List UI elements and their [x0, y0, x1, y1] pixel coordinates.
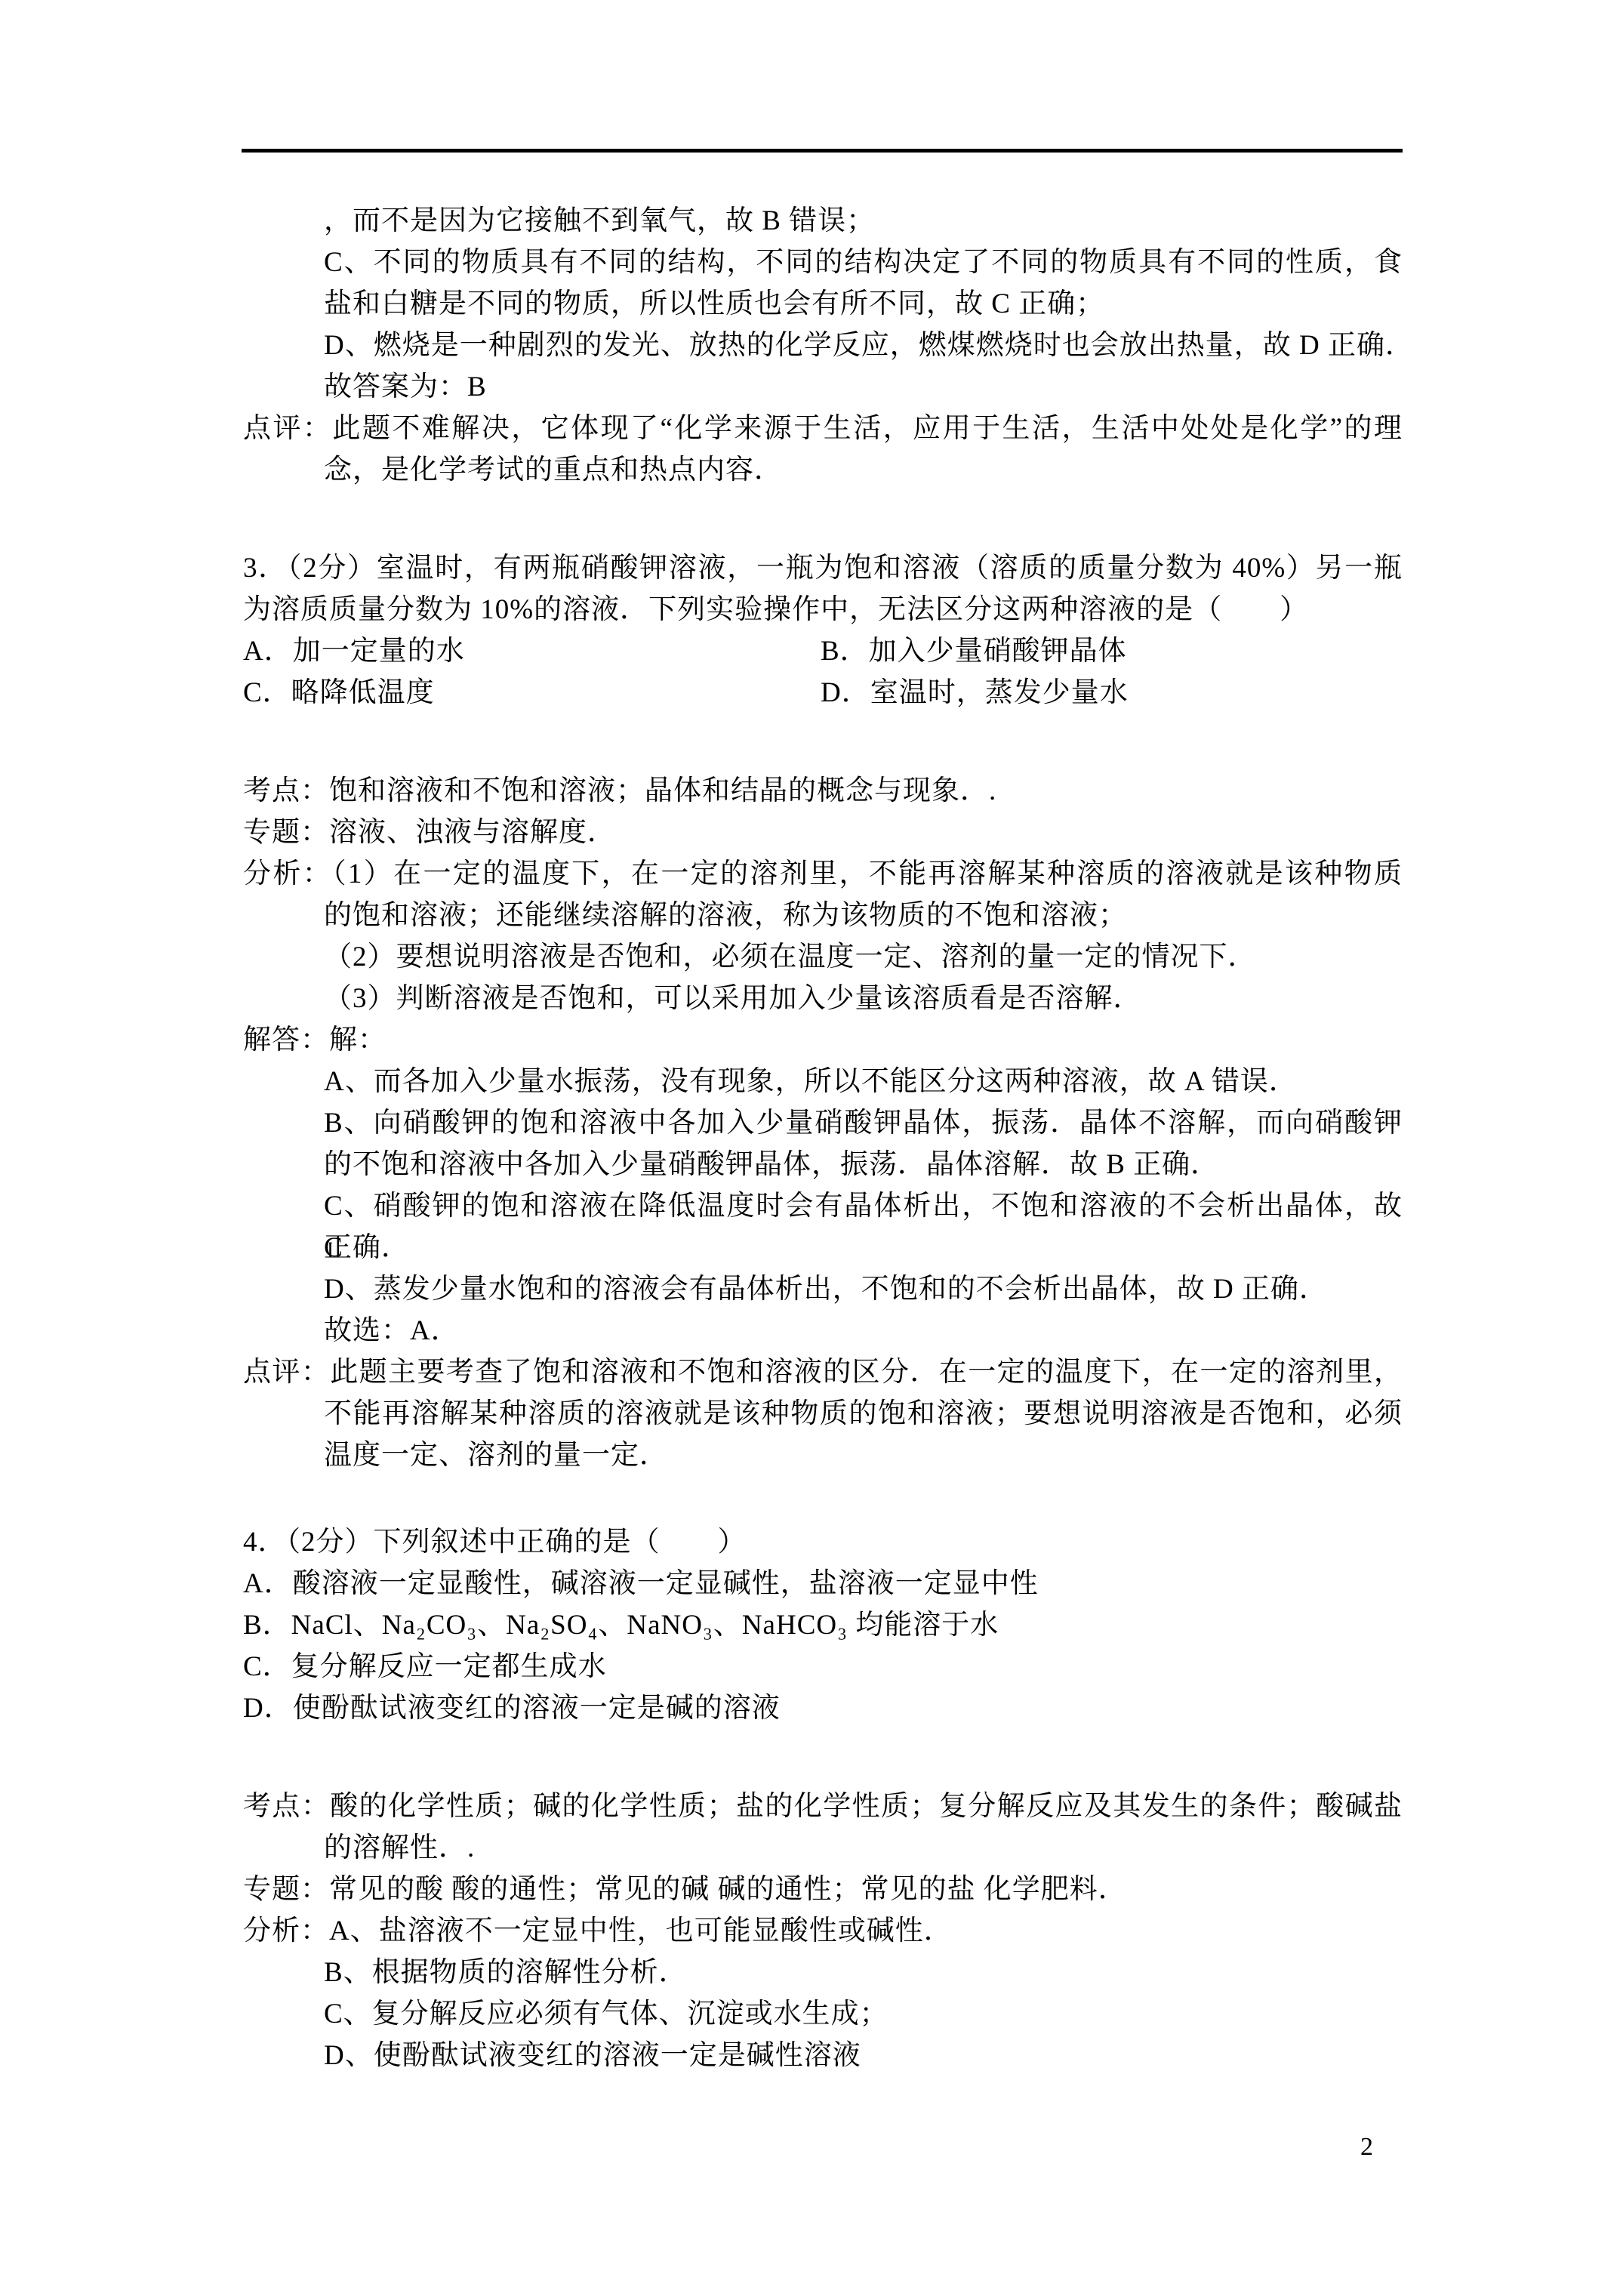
- q2-comment-line: 点评：此题不难解决，它体现了“化学来源于生活，应用于生活，生活中处处是化学”的理: [243, 408, 1403, 449]
- q3-jieda-line: 的不饱和溶液中各加入少量硝酸钾晶体，振荡．晶体溶解．故 B 正确．: [324, 1144, 1403, 1185]
- q4-option-c: C．复分解反应一定都生成水: [243, 1646, 1403, 1687]
- jieda-text: 解：: [329, 1025, 387, 1056]
- q2-answer-conclusion: 故答案为：B: [324, 366, 1403, 408]
- fenxi-label: 分析：: [243, 858, 332, 889]
- q2-comment-line: 念，是化学考试的重点和热点内容．: [324, 449, 1403, 491]
- q3-option-c: C．略降低温度: [243, 677, 435, 708]
- q3-jieda-line: C、硝酸钾的饱和溶液在降低温度时会有晶体析出，不饱和溶液的不会析出晶体，故 C: [324, 1185, 1403, 1227]
- dianping-text: 此题主要考查了饱和溶液和不饱和溶液的区分．在一定的温度下，在一定的溶剂里，: [330, 1357, 1403, 1388]
- q4-fenxi-line: C、复分解反应必须有气体、沉淀或水生成；: [324, 1993, 1403, 2035]
- header-rule: [242, 149, 1403, 153]
- q2-answer-line: ，而不是因为它接触不到氧气，故 B 错误；: [324, 200, 1403, 242]
- q3-option-row: A．加一定量的水 B．加入少量硝酸钾晶体: [243, 630, 1403, 672]
- kaodian-text: 酸的化学性质；碱的化学性质；盐的化学性质；复分解反应及其发生的条件；酸碱盐: [330, 1791, 1403, 1822]
- q3-jieda-conclusion: 故选：A．: [324, 1310, 1403, 1351]
- zhuanti-label: 专题：: [243, 817, 329, 848]
- kaodian-text: 饱和溶液和不饱和溶液；晶体和结晶的概念与现象．.: [329, 775, 996, 806]
- zhuanti-text: 溶液、浊液与溶解度．: [329, 817, 616, 848]
- q3-jieda-line: B、向硝酸钾的饱和溶液中各加入少量硝酸钾晶体，振荡．晶体不溶解，而向硝酸钾: [324, 1102, 1403, 1144]
- fenxi-text: A、盐溶液不一定显中性，也可能显酸性或碱性．: [329, 1915, 953, 1946]
- q3-stem-line: 3．（2分）室温时，有两瓶硝酸钾溶液，一瓶为饱和溶液（溶质的质量分数为 40%）…: [243, 547, 1403, 589]
- q3-fenxi-line: 分析：（1）在一定的温度下，在一定的溶剂里，不能再溶解某种溶质的溶液就是该种物质: [243, 853, 1403, 895]
- q3-jieda-line: 解答：解：: [243, 1019, 1403, 1061]
- q3-dianping-line: 点评：此题主要考查了饱和溶液和不饱和溶液的区分．在一定的温度下，在一定的溶剂里，: [243, 1351, 1403, 1393]
- q4-fenxi-line: 分析：A、盐溶液不一定显中性，也可能显酸性或碱性．: [243, 1910, 1403, 1952]
- q3-option-b: B．加入少量硝酸钾晶体: [821, 630, 1127, 672]
- q3-fenxi-line: （2）要想说明溶液是否饱和，必须在温度一定、溶剂的量一定的情况下．: [324, 936, 1403, 978]
- q3-fenxi-line: （3）判断溶液是否饱和，可以采用加入少量该溶质看是否溶解．: [324, 978, 1403, 1019]
- zhuanti-label: 专题：: [243, 1874, 329, 1905]
- q4-kaodian-line: 的溶解性．.: [324, 1827, 1403, 1869]
- q3-dianping-line: 不能再溶解某种溶质的溶液就是该种物质的饱和溶液；要想说明溶液是否饱和，必须: [324, 1393, 1403, 1435]
- jieda-label: 解答：: [243, 1025, 329, 1056]
- q4-option-b: B．NaCl、Na₂CO₃、Na₂SO₄、NaNO₃、NaHCO₃ 均能溶于水: [243, 1604, 1403, 1646]
- kaodian-label: 考点：: [243, 1791, 330, 1822]
- q4-fenxi-line: D、使酚酞试液变红的溶液一定是碱性溶液: [324, 2035, 1403, 2076]
- q3-option-a: A．加一定量的水: [243, 636, 465, 667]
- q3-jieda-line: 正确．: [324, 1227, 1403, 1268]
- q4-fenxi-line: B、根据物质的溶解性分析．: [324, 1952, 1403, 1993]
- q4-zhuanti-line: 专题：常见的酸 酸的通性；常见的碱 碱的通性；常见的盐 化学肥料．: [243, 1869, 1403, 1910]
- q3-fenxi-line: 的饱和溶液；还能继续溶解的溶液，称为该物质的不饱和溶液；: [324, 895, 1403, 936]
- q4-kaodian-line: 考点：酸的化学性质；碱的化学性质；盐的化学性质；复分解反应及其发生的条件；酸碱盐: [243, 1786, 1403, 1827]
- kaodian-label: 考点：: [243, 775, 329, 806]
- q3-option-row: C．略降低温度 D．室温时，蒸发少量水: [243, 672, 1403, 713]
- q3-zhuanti-line: 专题：溶液、浊液与溶解度．: [243, 812, 1403, 853]
- q2-answer-line: 盐和白糖是不同的物质，所以性质也会有所不同，故 C 正确；: [324, 283, 1403, 325]
- q3-kaodian-line: 考点：饱和溶液和不饱和溶液；晶体和结晶的概念与现象．.: [243, 770, 1403, 812]
- document-content: ，而不是因为它接触不到氧气，故 B 错误； C、不同的物质具有不同的结构，不同的…: [243, 200, 1403, 2076]
- q3-jieda-line: A、而各加入少量水振荡，没有现象，所以不能区分这两种溶液，故 A 错误．: [324, 1061, 1403, 1102]
- dianping-label: 点评：: [243, 1357, 330, 1388]
- q3-stem-line: 为溶质质量分数为 10%的溶液．下列实验操作中，无法区分这两种溶液的是（ ）: [243, 589, 1403, 630]
- fenxi-text: （1）在一定的温度下，在一定的溶剂里，不能再溶解某种溶质的溶液就是该种物质: [332, 858, 1403, 889]
- q3-option-d: D．室温时，蒸发少量水: [821, 672, 1129, 713]
- q4-option-d: D．使酚酞试液变红的溶液一定是碱的溶液: [243, 1687, 1403, 1729]
- q4-stem-line: 4．（2分）下列叙述中正确的是（ ）: [243, 1521, 1403, 1563]
- q3-jieda-line: D、蒸发少量水饱和的溶液会有晶体析出，不饱和的不会析出晶体，故 D 正确．: [324, 1268, 1403, 1310]
- comment-label: 点评：: [243, 413, 332, 444]
- fenxi-label: 分析：: [243, 1915, 329, 1946]
- q3-dianping-line: 温度一定、溶剂的量一定．: [324, 1435, 1403, 1476]
- zhuanti-text: 常见的酸 酸的通性；常见的碱 碱的通性；常见的盐 化学肥料．: [329, 1874, 1127, 1905]
- q2-answer-line: D、燃烧是一种剧烈的发光、放热的化学反应，燃煤燃烧时也会放出热量，故 D 正确．: [324, 325, 1403, 366]
- document-page: ，而不是因为它接触不到氧气，故 B 错误； C、不同的物质具有不同的结构，不同的…: [0, 0, 1623, 2296]
- comment-text: 此题不难解决，它体现了“化学来源于生活，应用于生活，生活中处处是化学”的理: [332, 413, 1403, 444]
- q2-answer-line: C、不同的物质具有不同的结构，不同的结构决定了不同的物质具有不同的性质，食: [324, 242, 1403, 283]
- page-number: 2: [1360, 2132, 1373, 2162]
- q4-option-a: A．酸溶液一定显酸性，碱溶液一定显碱性，盐溶液一定显中性: [243, 1563, 1403, 1604]
